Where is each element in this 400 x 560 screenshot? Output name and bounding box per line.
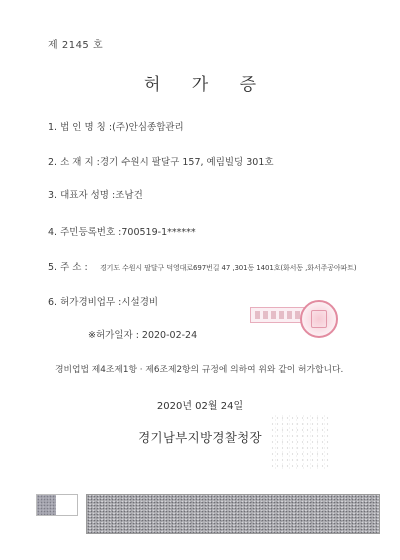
item-value: 경기도 수원시 팔달구 덕영대로697번길 47 ,301동 1401호(화서동… xyxy=(100,263,357,273)
item-representative-name: 3. 대표자 성명 : 조남건 xyxy=(48,187,143,201)
redacted-barcode xyxy=(86,494,380,534)
item-label: 2. 소 재 지 : xyxy=(48,154,100,168)
item-label: 3. 대표자 성명 : xyxy=(48,187,115,201)
issuing-authority: 경기남부지방경찰청장 xyxy=(0,428,400,446)
title-char-2: 가 xyxy=(192,70,208,95)
item-label: 5. 주 소 : xyxy=(48,259,100,273)
item-address: 5. 주 소 : 경기도 수원시 팔달구 덕영대로697번길 47 ,301동 … xyxy=(48,259,357,273)
title-char-1: 허 xyxy=(144,70,160,95)
permit-date: ※허가일자 : 2020-02-24 xyxy=(88,327,197,341)
item-value: 시설경비 xyxy=(121,294,158,308)
item-value: 700519-1****** xyxy=(121,227,195,238)
legal-clause: 경비업법 제4조제1항 · 제6조제2항의 규정에 의하여 위와 같이 허가합니… xyxy=(55,362,343,375)
item-label: 1. 법 인 명 칭 : xyxy=(48,119,112,133)
item-corporate-name: 1. 법 인 명 칭 : (주)안심종합관리 xyxy=(48,119,184,133)
document-title: 허 가 증 xyxy=(0,70,400,95)
permit-date-value: 2020-02-24 xyxy=(142,330,197,341)
item-value: 조남건 xyxy=(115,187,143,201)
official-round-seal-icon xyxy=(300,300,338,338)
item-label: 4. 주민등록번호 : xyxy=(48,224,121,238)
item-value: (주)안심종합관리 xyxy=(112,119,184,133)
item-resident-number: 4. 주민등록번호 : 700519-1****** xyxy=(48,224,196,238)
redacted-code-box xyxy=(36,494,78,516)
redacted-code-fill xyxy=(37,495,56,515)
document-number: 제 2145 호 xyxy=(48,36,103,51)
item-label: 6. 허가경비업무 : xyxy=(48,294,121,308)
item-value: 경기 수원시 팔달구 157, 예림빌딩 301호 xyxy=(100,154,274,168)
issue-date: 2020년 02월 24일 xyxy=(0,397,400,412)
title-char-3: 증 xyxy=(240,70,256,95)
permit-date-label: ※허가일자 : xyxy=(88,330,142,341)
item-location: 2. 소 재 지 : 경기 수원시 팔달구 157, 예림빌딩 301호 xyxy=(48,154,274,168)
item-security-service: 6. 허가경비업무 : 시설경비 xyxy=(48,294,158,308)
faded-seal-area xyxy=(270,415,330,470)
